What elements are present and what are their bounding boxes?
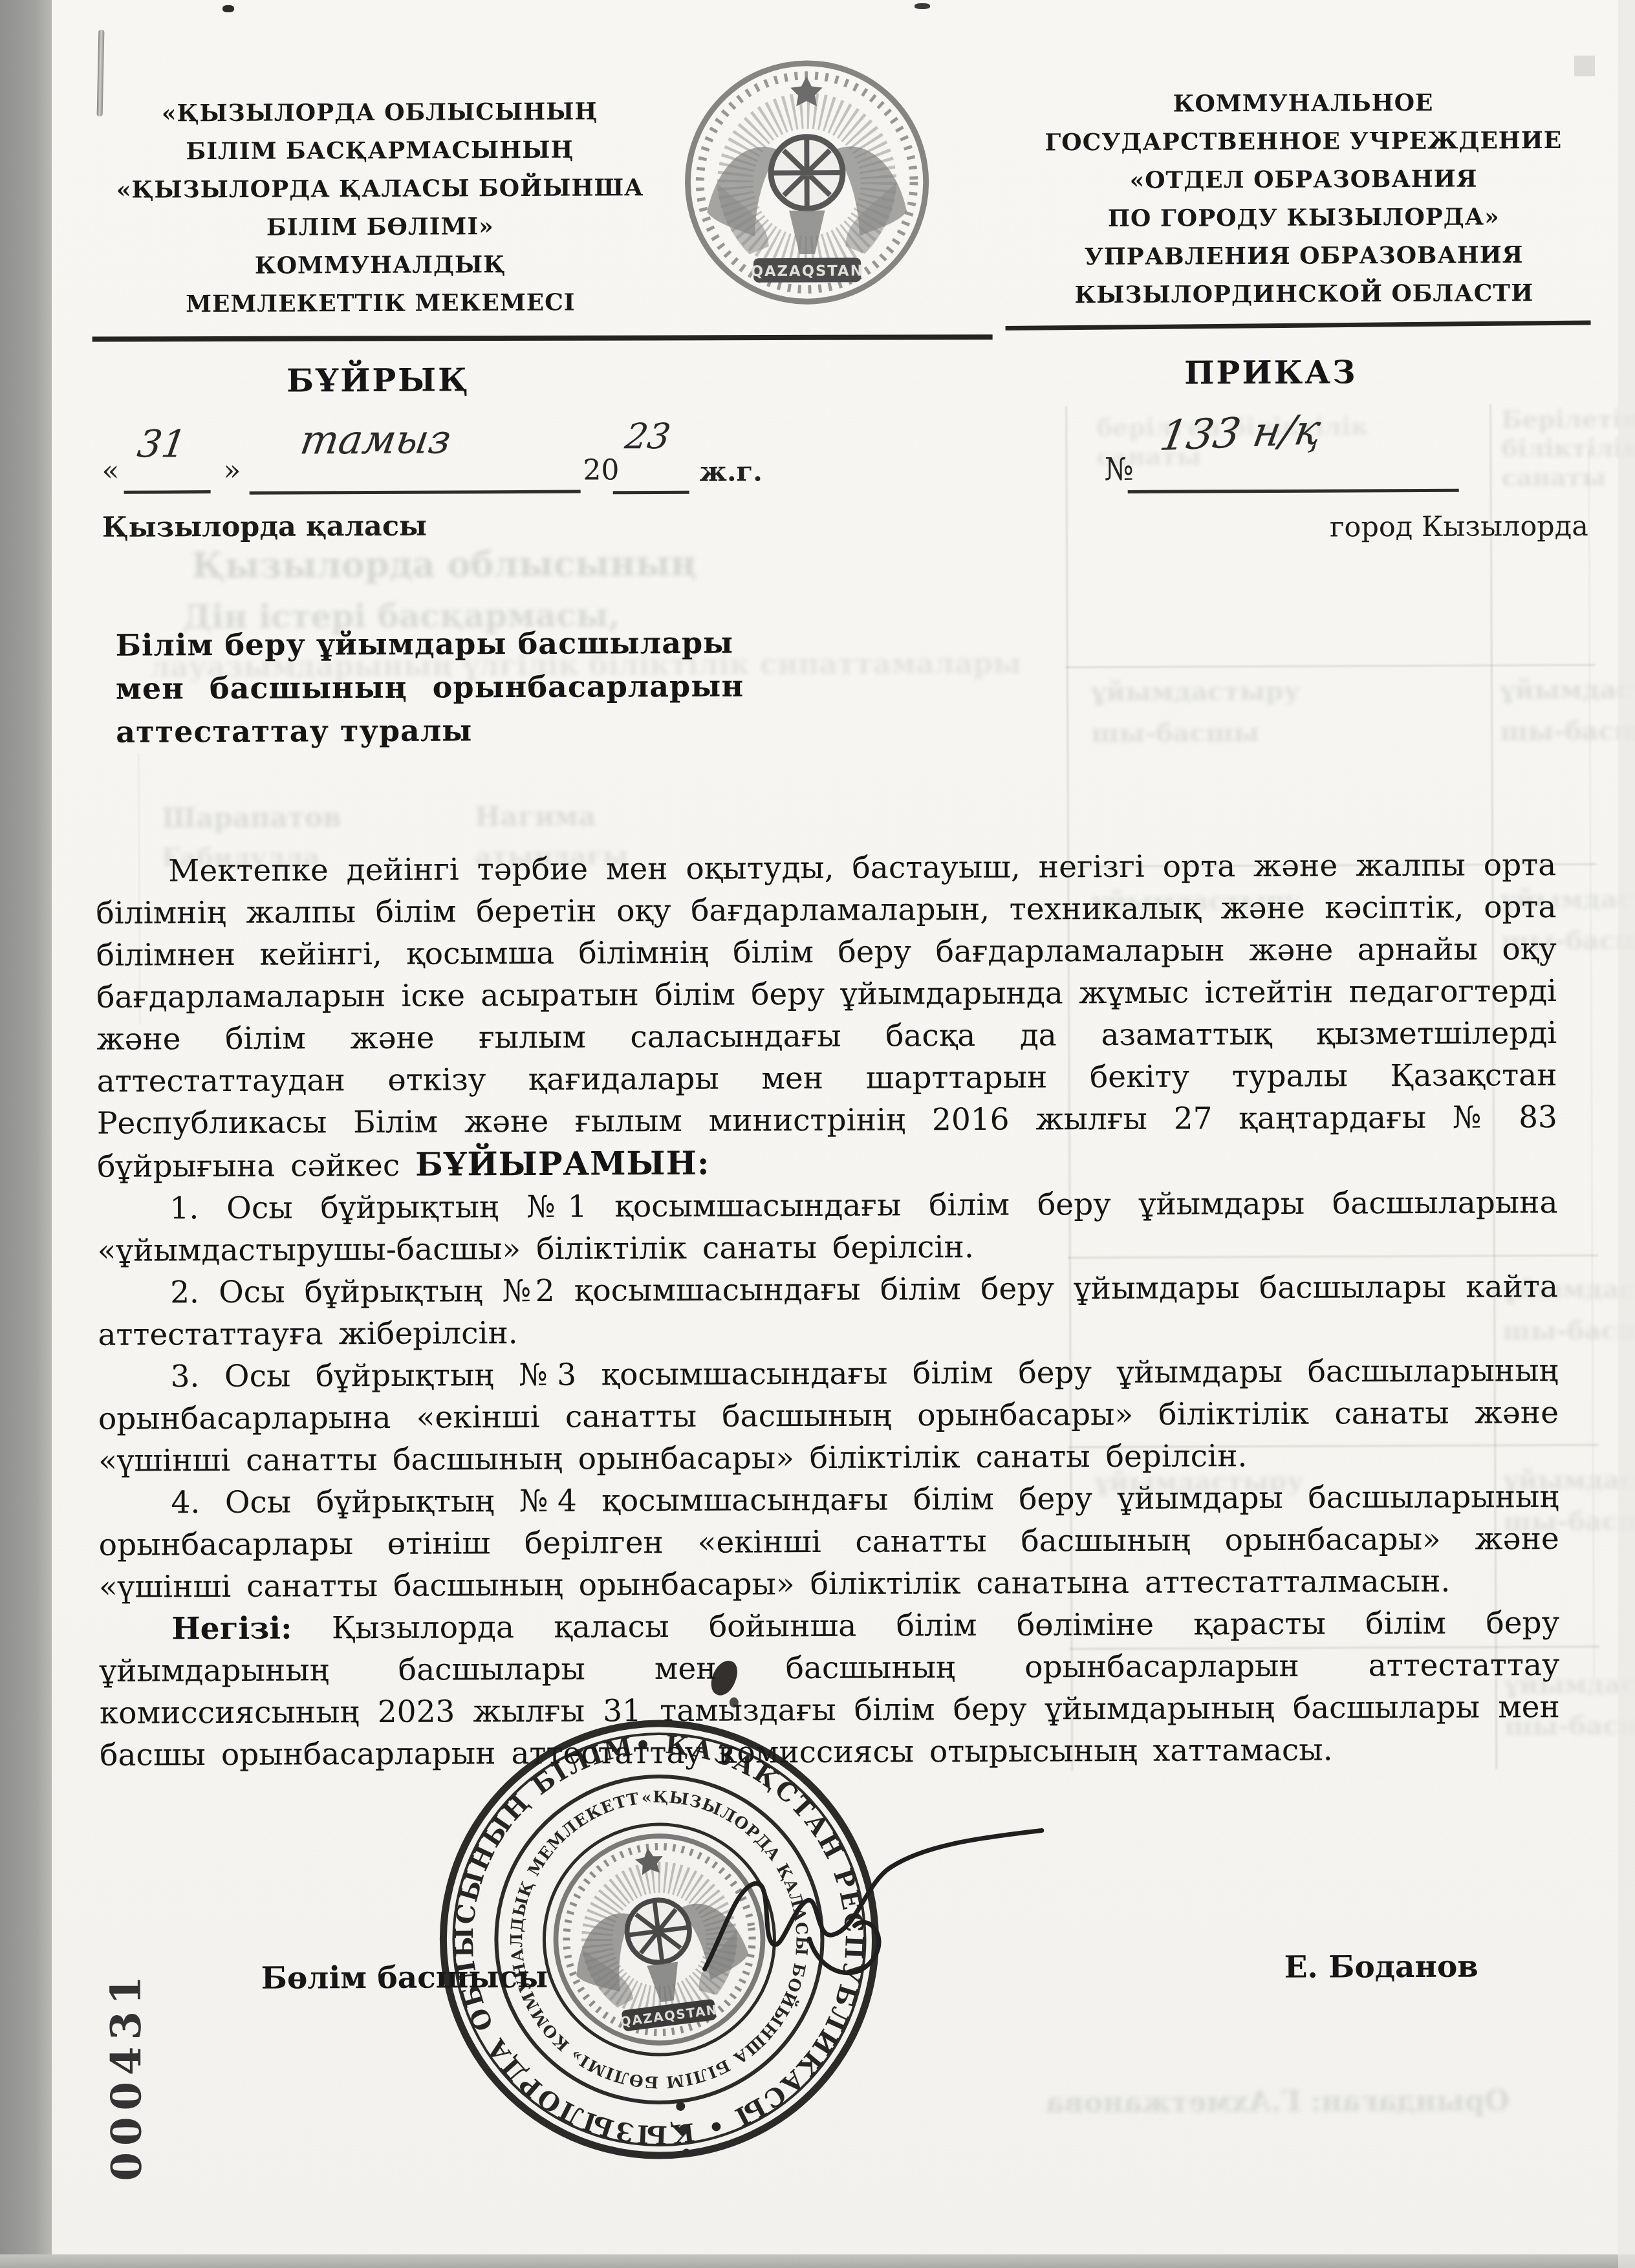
scanner-edge-left <box>0 0 52 2268</box>
order-title: Білім беру ұйымдары басшылары мен басшын… <box>116 621 770 753</box>
org-line: КЫЗЫЛОРДИНСКОЙ ОБЛАСТИ <box>1019 274 1588 315</box>
handwritten-number: 133 н/қ <box>1156 406 1324 460</box>
order-item: 1. Осы бұйрықтың №1 қосымшасындағы білім… <box>97 1182 1558 1272</box>
order-body: Мектепке дейінгі тәрбие мен оқытуды, бас… <box>96 844 1560 1777</box>
order-item: 3. Осы бұйрықтың №3 қосымшасындағы білім… <box>98 1350 1559 1482</box>
number-underline <box>1128 489 1459 493</box>
year-underline <box>613 491 689 495</box>
bleedthrough-text: ұйымдастыру <box>1500 674 1635 705</box>
number-label: № <box>1104 451 1134 488</box>
preamble-paragraph: Мектепке дейінгі тәрбие мен оқытуды, бас… <box>96 844 1557 1188</box>
basis-label: Негізі: <box>171 1611 292 1647</box>
bleedthrough-text: Қызылорда облысының <box>191 543 697 586</box>
signature <box>693 1804 1068 2026</box>
ghost-table-line <box>1065 664 1596 669</box>
bleedthrough-text: шы-басшы <box>1500 715 1635 746</box>
handwritten-month: тамыз <box>298 415 455 463</box>
org-line: МЕМЛЕКЕТТІК МЕКЕМЕСІ <box>105 283 656 324</box>
scanned-page: Қызылорда облысының Дін істері басқармас… <box>0 0 1635 2268</box>
year-suffix: ж.г. <box>699 455 763 487</box>
header-divider <box>1006 320 1591 330</box>
signer-name: Е. Боданов <box>1284 1949 1478 1985</box>
handwritten-day: 31 <box>135 422 189 466</box>
bleedthrough-executor: Орындаған: Г.Ахметжанова <box>1045 2084 1510 2119</box>
ink-blot <box>730 1698 739 1708</box>
scanner-edge-bottom <box>0 2254 1635 2268</box>
order-item: 2. Осы бұйрықтың №2 қосымшасындағы білім… <box>98 1266 1559 1356</box>
bleedthrough-text: ұйымдастыру <box>1091 676 1300 707</box>
form-serial-number: 000431 <box>102 1969 151 2181</box>
org-line: БІЛІМ БӨЛІМІ» <box>105 207 656 248</box>
order-item: 4. Осы бұйрықтың №4 қосымшасындағы білім… <box>98 1476 1559 1608</box>
month-underline <box>250 490 581 495</box>
corner-artifact <box>1574 56 1595 76</box>
day-underline <box>124 490 211 494</box>
org-line: КОММУНАЛЬНОЕ <box>1019 83 1588 124</box>
place-kazakh: Қызылорда қаласы <box>102 510 427 544</box>
document-content: Қызылорда облысының Дін істері басқармас… <box>0 0 1635 2268</box>
handwritten-year: 23 <box>622 416 673 457</box>
org-line: УПРАВЛЕНИЯ ОБРАЗОВАНИЯ <box>1019 236 1588 277</box>
year-printed: 20 <box>583 453 619 486</box>
ink-speck <box>915 3 930 9</box>
bleedthrough-text: шы-басшы <box>1091 717 1259 748</box>
title-line: Білім беру ұйымдары басшылары <box>116 621 769 667</box>
org-line: ПО ГОРОДУ КЫЗЫЛОРДА» <box>1019 198 1588 239</box>
kazakhstan-emblem <box>678 54 936 311</box>
order-item-text: 3. Осы бұйрықтың №3 қосымшасындағы білім… <box>98 1353 1559 1479</box>
order-label-kazakh: БҰЙРЫҚ <box>210 361 547 400</box>
title-line: мен басшының орынбасарларын <box>116 664 769 710</box>
title-line: аттестаттау туралы <box>116 707 769 753</box>
org-line: «ҚЫЗЫЛОРДА ҚАЛАСЫ БОЙЫНША <box>104 169 655 210</box>
org-line: ГОСУДАРСТВЕННОЕ УЧРЕЖДЕНИЕ <box>1019 122 1588 162</box>
order-item-text: 1. Осы бұйрықтың №1 қосымшасындағы білім… <box>98 1185 1558 1269</box>
bleedthrough-text: Нагима <box>475 800 596 832</box>
order-label-russian: ПРИКАЗ <box>1096 353 1446 392</box>
org-line: «ҚЫЗЫЛОРДА ОБЛЫСЫНЫҢ <box>104 92 655 133</box>
ink-speck <box>222 5 234 12</box>
bleedthrough-text: Шарапатов <box>162 801 341 834</box>
org-name-kazakh: «ҚЫЗЫЛОРДА ОБЛЫСЫНЫҢ БІЛІМ БАСҚАРМАСЫНЫҢ… <box>104 92 656 324</box>
order-item-text: 4. Осы бұйрықтың №4 қосымшасындағы білім… <box>99 1479 1559 1605</box>
org-name-russian: КОММУНАЛЬНОЕ ГОСУДАРСТВЕННОЕ УЧРЕЖДЕНИЕ … <box>1019 83 1589 315</box>
order-item-text: 2. Осы бұйрықтың №2 қосымшасындағы білім… <box>98 1269 1558 1353</box>
quote-open: « <box>102 455 119 488</box>
header-divider <box>92 334 993 341</box>
resolve-word: БҰЙЫРАМЫН: <box>415 1144 709 1183</box>
place-russian: город Кызылорда <box>1317 510 1588 544</box>
bleedthrough-text: Берілетін біліктілік санаты <box>1501 404 1599 492</box>
org-line: КОММУНАЛДЫҚ <box>105 245 656 286</box>
org-line: БІЛІМ БАСҚАРМАСЫНЫҢ <box>104 131 655 171</box>
quote-close: » <box>223 454 241 487</box>
preamble-text: Мектепке дейінгі тәрбие мен оқытуды, бас… <box>96 847 1557 1185</box>
scanner-edge-right <box>1618 0 1635 2268</box>
org-line: «ОТДЕЛ ОБРАЗОВАНИЯ <box>1019 160 1588 200</box>
